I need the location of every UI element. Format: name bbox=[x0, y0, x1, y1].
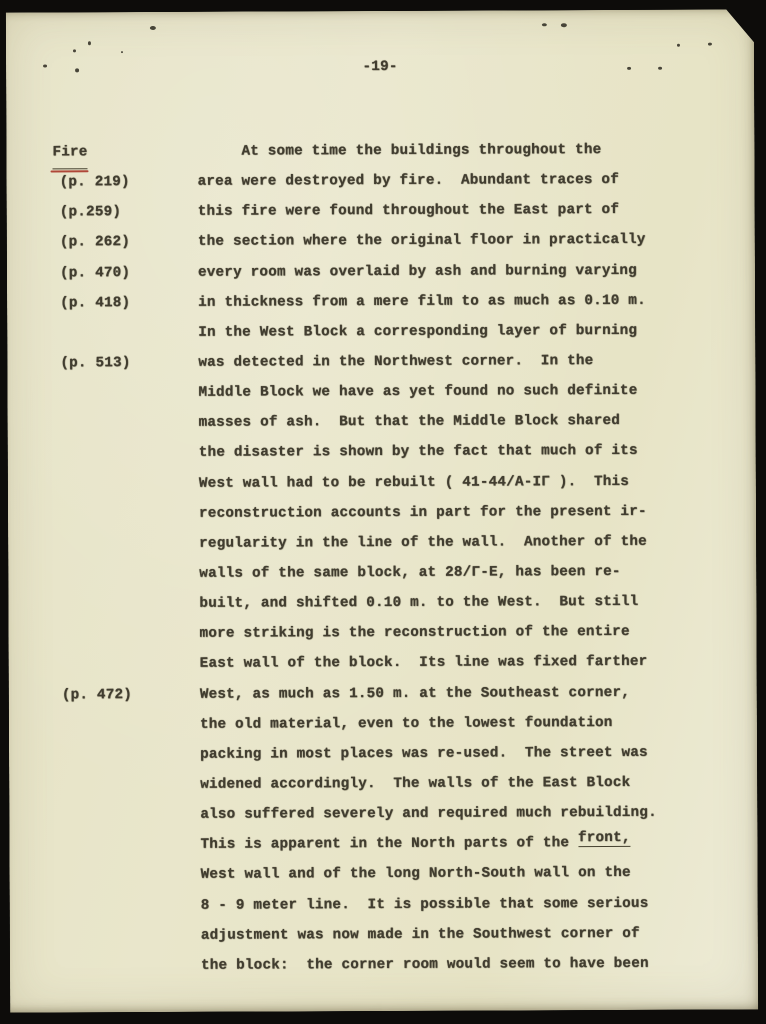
typed-correction-word: front, bbox=[578, 830, 631, 847]
typed-line: this fire were found throughout the East… bbox=[198, 195, 668, 227]
typed-line: in thickness from a mere film to as much… bbox=[198, 285, 668, 317]
typed-line: was detected in the Northwest corner. In… bbox=[198, 346, 668, 378]
margin-page-ref: (p. 472) bbox=[62, 680, 132, 710]
paper-speckle bbox=[658, 67, 662, 70]
scan-background: -19- Fire (p. 219) (p.259) (p. 262) (p. … bbox=[0, 0, 766, 1024]
typed-line: more striking is the reconstruction of t… bbox=[199, 617, 669, 649]
paper-speckle bbox=[88, 41, 91, 45]
paper-speckle bbox=[708, 43, 712, 46]
typed-line-with-correction: This is apparent in the North parts of t… bbox=[200, 828, 670, 860]
typed-line: Middle Block we have as yet found no suc… bbox=[198, 376, 668, 408]
typed-line: regularity in the line of the wall. Anot… bbox=[199, 527, 669, 559]
document-page: -19- Fire (p. 219) (p.259) (p. 262) (p. … bbox=[6, 9, 758, 1012]
typed-line: West wall had to be rebuilt ( 41-44/A-IΓ… bbox=[199, 466, 669, 498]
typed-line: built, and shifted 0.10 m. to the West. … bbox=[199, 587, 669, 619]
typed-line: At some time the buildings throughout th… bbox=[197, 135, 667, 167]
typed-line: West, as much as 1.50 m. at the Southeas… bbox=[200, 677, 670, 709]
typed-line: area were destroyed by fire. Abundant tr… bbox=[197, 165, 667, 197]
typed-line: walls of the same block, at 28/Γ-E, has … bbox=[199, 557, 669, 589]
typed-line: 8 - 9 meter line. It is possible that so… bbox=[201, 888, 671, 920]
typed-line: adjustment was now made in the Southwest… bbox=[201, 918, 671, 950]
typed-line: In the West Block a corresponding layer … bbox=[198, 316, 668, 348]
typed-line: widened accordingly. The walls of the Ea… bbox=[200, 768, 670, 800]
typed-text-block: At some time the buildings throughout th… bbox=[197, 135, 671, 981]
paper-speckle bbox=[627, 67, 631, 70]
paper-speckle bbox=[75, 68, 79, 72]
paper-speckle bbox=[73, 49, 76, 52]
typed-line: East wall of the block. Its line was fix… bbox=[200, 647, 670, 679]
margin-page-ref: (p. 219) bbox=[59, 167, 129, 197]
paper-speckle bbox=[542, 23, 547, 26]
typed-line: also suffered severely and required much… bbox=[200, 798, 670, 830]
typed-line: reconstruction accounts in part for the … bbox=[199, 496, 669, 528]
typed-line: every room was overlaid by ash and burni… bbox=[198, 255, 668, 287]
section-heading-label: Fire bbox=[52, 137, 87, 169]
section-heading: Fire bbox=[52, 137, 87, 169]
typed-line: masses of ash. But that the Middle Block… bbox=[199, 406, 669, 438]
margin-page-ref: (p.259) bbox=[60, 197, 122, 227]
typed-line: packing in most places was re-used. The … bbox=[200, 738, 670, 770]
paper-speckle bbox=[677, 44, 680, 47]
typed-line: West wall and of the long North-South wa… bbox=[201, 858, 671, 890]
typed-line: the old material, even to the lowest fou… bbox=[200, 707, 670, 739]
margin-page-ref: (p. 513) bbox=[60, 348, 130, 378]
paper-speckle bbox=[43, 64, 47, 67]
typed-line-segment: This is apparent in the North parts of t… bbox=[200, 835, 578, 853]
page-number: -19- bbox=[6, 57, 754, 76]
margin-page-ref: (p. 418) bbox=[60, 288, 130, 318]
page-body: Fire (p. 219) (p.259) (p. 262) (p. 470) … bbox=[6, 134, 758, 981]
paper-speckle bbox=[150, 26, 156, 30]
paper-speckle bbox=[121, 51, 123, 53]
typed-line: the section where the original floor in … bbox=[198, 225, 668, 257]
typed-line: the disaster is shown by the fact that m… bbox=[199, 436, 669, 468]
typed-line: the block: the corner room would seem to… bbox=[201, 949, 671, 981]
margin-page-ref: (p. 262) bbox=[60, 227, 130, 257]
paper-speckle bbox=[561, 23, 567, 27]
margin-page-ref: (p. 470) bbox=[60, 258, 130, 288]
